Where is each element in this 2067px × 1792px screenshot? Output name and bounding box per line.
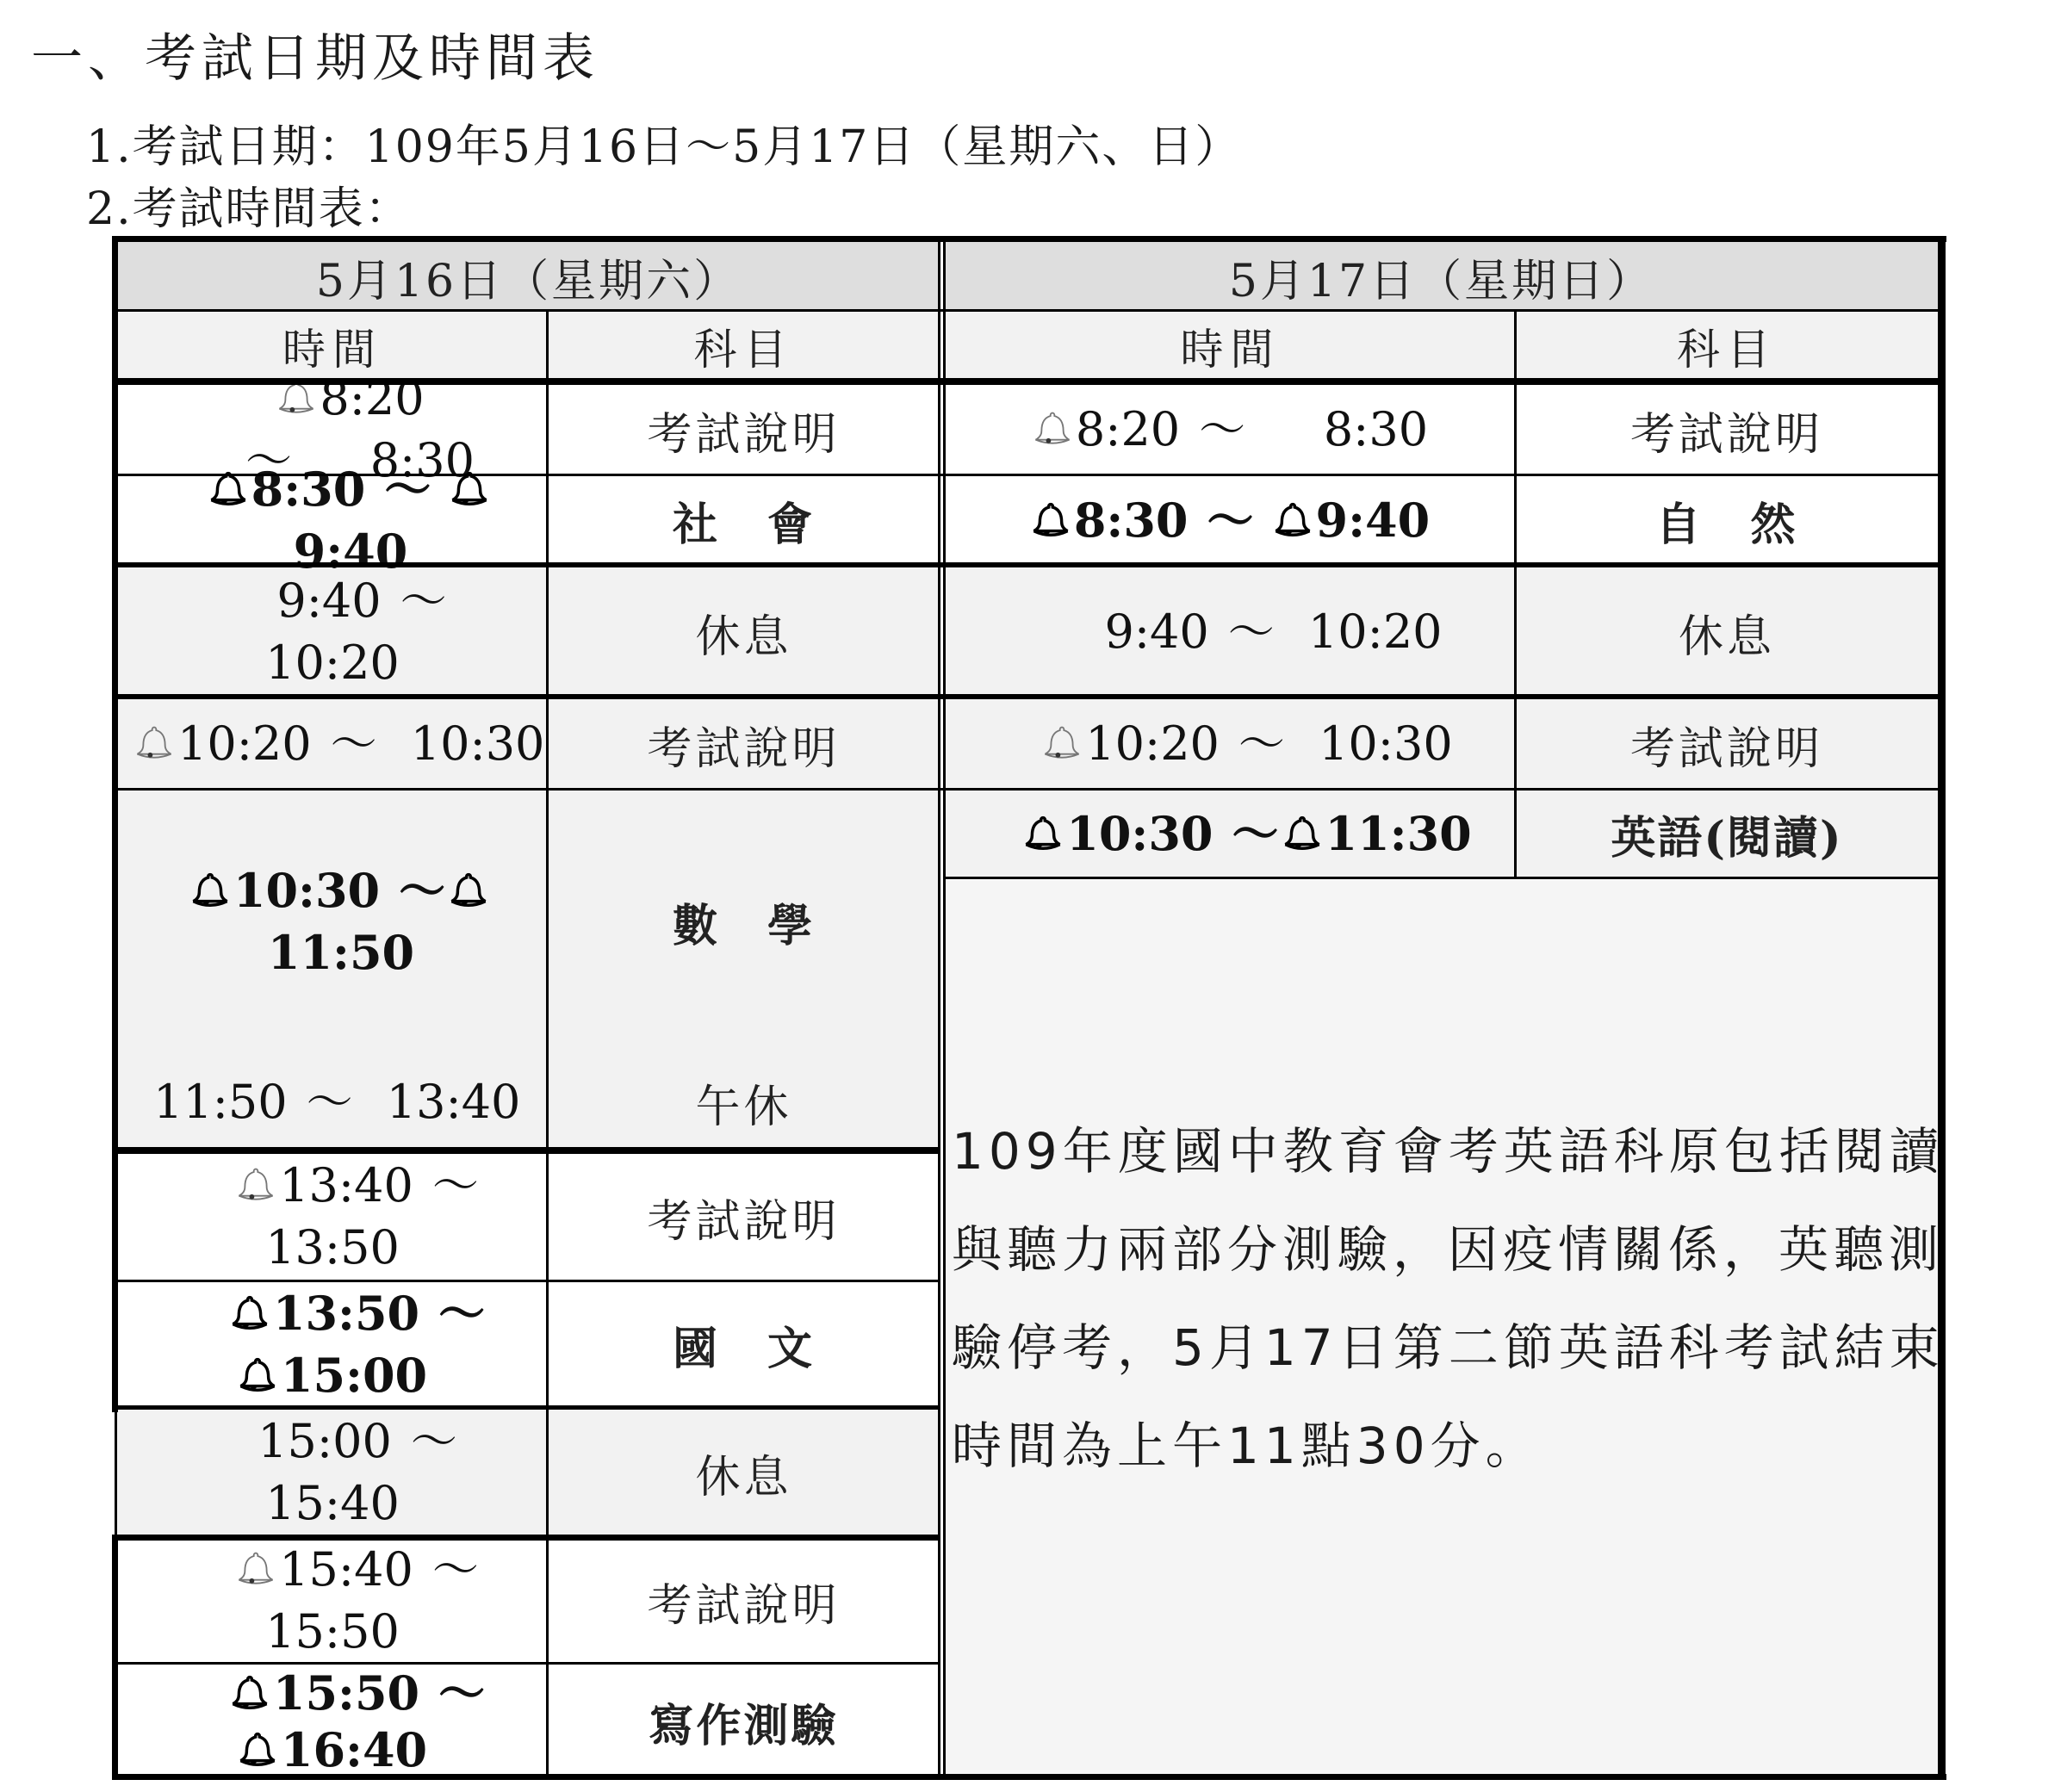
table-row-time: 10:20～ 10:30 [945,699,1516,789]
exam-date-line: 1.考試日期：109年5月16日～5月17日（星期六、日） [86,110,1241,175]
day2-title-cell: 5月17日（星期日） [945,241,1938,312]
table-row-subject: 國 文 [548,1283,940,1405]
day1-title: 5月16日（星期六） [316,245,741,309]
table-row-subject: 考試說明 [548,699,940,789]
bell-icon [1282,814,1322,853]
bell-icon [238,1355,277,1395]
bell-icon [208,469,248,509]
bell-icon [449,871,488,910]
day2-time-header: 時間 [945,312,1516,381]
bell-icon [190,871,230,910]
bell-icon [1273,500,1313,540]
day2-subject-header-label: 科目 [1677,315,1777,377]
table-row-time: 8:20～ 8:30 [945,384,1516,475]
table-row-subject: 考試說明 [1516,699,1938,789]
table-row-subject: 社 會 [548,477,940,563]
table-row-time: 13:40～13:50 [117,1154,548,1280]
math-subject: 數 學 [548,878,940,964]
day2-time-header-label: 時間 [1181,315,1281,377]
english-note-cell [945,880,1938,1777]
table-row-subject: 自 然 [1516,477,1938,563]
section-heading: 一、考試日期及時間表 [31,17,599,91]
table-row-time: 15:00～15:40 [117,1411,548,1535]
table-row-time: 13:50～15:00 [117,1283,548,1405]
day1-subject-header: 科目 [548,312,940,381]
table-row-time: 15:40～15:50 [117,1540,548,1662]
table-row-time: 9:40～ 10:20 [945,568,1516,696]
table-row-time: 15:50～16:40 [117,1665,548,1777]
schedule-label: 2.考試時間表： [86,172,412,237]
bell-icon [1031,500,1071,540]
table-row-time: 9:40～10:20 [117,568,548,696]
table-row-time: 10:20～ 10:30 [117,699,548,789]
day1-title-cell: 5月16日（星期六） [117,241,940,312]
table-row-subject: 考試說明 [548,1540,940,1662]
table-row-subject: 考試說明 [1516,384,1938,475]
bell-icon [230,1673,270,1713]
bell-icon [450,469,489,509]
table-row-subject: 考試說明 [548,1154,940,1280]
table-row-subject: 寫作測驗 [548,1665,940,1777]
table-row-subject: 考試說明 [548,384,940,475]
table-row-subject: 休息 [548,1411,940,1535]
lunch-subject: 午休 [548,1059,940,1145]
day1-subject-header-label: 科目 [694,315,794,377]
bell-icon [1042,723,1082,763]
day2-title: 5月17日（星期日） [1229,245,1654,309]
exam-schedule-table: 5月16日（星期六） 時間 科目 8:20～ 8:30 考試說明 8:30～9:… [0,0,2067,1792]
table-row-time: 10:30～11:30 [945,791,1516,877]
bell-icon [238,1730,277,1770]
bell-icon [230,1293,270,1333]
table-row-time: 8:30～9:40 [117,477,548,563]
lunch-time: 11:50～ 13:40 [117,1059,548,1145]
bell-icon [134,723,174,763]
table-row-subject: 休息 [548,568,940,696]
bell-icon [1033,409,1072,449]
table-row-subject: 英語(閱讀) [1516,791,1938,877]
bell-icon [1023,814,1063,853]
bell-icon [236,1549,276,1589]
math-time: 10:30～11:50 [117,878,548,964]
table-row-time: 8:30～9:40 [945,477,1516,563]
bell-icon [276,378,316,418]
table-row-subject: 休息 [1516,568,1938,696]
bell-icon [236,1165,276,1205]
day2-subject-header: 科目 [1516,312,1938,381]
